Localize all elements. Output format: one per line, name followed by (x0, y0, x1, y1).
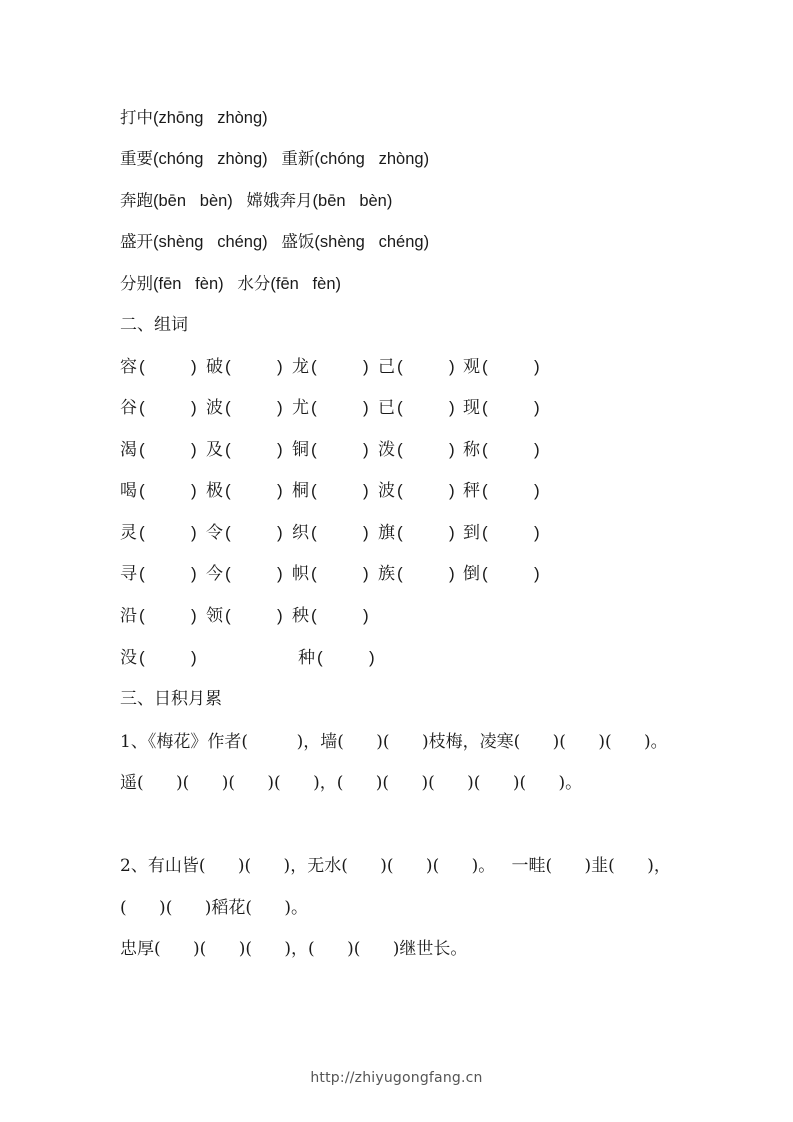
answer-blank-close[interactable]: ) (449, 564, 455, 584)
answer-blank-close[interactable]: ) (191, 357, 197, 377)
answer-blank-close[interactable]: ) (363, 440, 369, 460)
open-paren: ( (482, 481, 488, 501)
answer-blank-close[interactable]: ) (363, 481, 369, 501)
open-paren: ( (139, 440, 145, 460)
section-heading-word-formation: 二、组词 (120, 315, 188, 335)
character: 令 (206, 523, 223, 543)
pinyin-line-2: 重要(chóng zhòng) 重新(chóng zhòng) (120, 149, 429, 169)
character: 织 (292, 523, 309, 543)
open-paren: ( (225, 398, 231, 418)
answer-blank-close[interactable]: ) (191, 606, 197, 626)
open-paren: ( (225, 481, 231, 501)
character: 沿 (120, 606, 137, 626)
open-paren: ( (482, 523, 488, 543)
open-paren: ( (397, 440, 403, 460)
open-paren: ( (139, 357, 145, 377)
answer-blank-close[interactable]: ) (191, 648, 197, 668)
open-paren: ( (225, 523, 231, 543)
character: 波 (378, 481, 395, 501)
open-paren: ( (317, 648, 323, 668)
character: 观 (463, 357, 480, 377)
answer-blank-close[interactable]: ) (277, 357, 283, 377)
answer-blank-close[interactable]: ) (363, 606, 369, 626)
character: 旗 (378, 523, 395, 543)
answer-blank-close[interactable]: ) (449, 398, 455, 418)
answer-blank-close[interactable]: ) (277, 523, 283, 543)
question-1-line-1: 1、《梅花》作者( )，墙( )( )枝梅，凌寒( )( )( )。 (120, 732, 668, 752)
character: 今 (206, 564, 223, 584)
character: 秧 (292, 606, 309, 626)
character: 现 (463, 398, 480, 418)
character: 帜 (292, 564, 309, 584)
answer-blank-close[interactable]: ) (534, 523, 540, 543)
character: 族 (378, 564, 395, 584)
answer-blank-close[interactable]: ) (449, 357, 455, 377)
open-paren: ( (482, 357, 488, 377)
character: 谷 (120, 398, 137, 418)
answer-blank-close[interactable]: ) (369, 648, 375, 668)
character: 称 (463, 440, 480, 460)
answer-blank-close[interactable]: ) (277, 440, 283, 460)
character: 寻 (120, 564, 137, 584)
open-paren: ( (139, 564, 145, 584)
open-paren: ( (397, 398, 403, 418)
character: 渴 (120, 440, 137, 460)
character: 灵 (120, 523, 137, 543)
character: 波 (206, 398, 223, 418)
open-paren: ( (482, 440, 488, 460)
answer-blank-close[interactable]: ) (534, 357, 540, 377)
answer-blank-close[interactable]: ) (191, 564, 197, 584)
section-heading-daily-accumulation: 三、日积月累 (120, 689, 222, 709)
open-paren: ( (225, 606, 231, 626)
question-2-line-2: ( )( )稻花( )。 (120, 898, 308, 918)
character: 种 (298, 648, 315, 668)
open-paren: ( (139, 523, 145, 543)
pinyin-line-5: 分别(fēn fèn) 水分(fēn fèn) (120, 274, 341, 294)
answer-blank-close[interactable]: ) (191, 440, 197, 460)
character: 容 (120, 357, 137, 377)
open-paren: ( (482, 564, 488, 584)
answer-blank-close[interactable]: ) (363, 564, 369, 584)
answer-blank-close[interactable]: ) (363, 398, 369, 418)
open-paren: ( (225, 564, 231, 584)
character: 倒 (463, 564, 480, 584)
open-paren: ( (397, 564, 403, 584)
character: 领 (206, 606, 223, 626)
answer-blank-close[interactable]: ) (534, 564, 540, 584)
footer-url: http://zhiyugongfang.cn (0, 1070, 793, 1086)
answer-blank-close[interactable]: ) (191, 481, 197, 501)
open-paren: ( (397, 481, 403, 501)
character: 没 (120, 648, 137, 668)
character: 桐 (292, 481, 309, 501)
answer-blank-close[interactable]: ) (449, 523, 455, 543)
open-paren: ( (311, 440, 317, 460)
character: 已 (378, 398, 395, 418)
open-paren: ( (225, 357, 231, 377)
open-paren: ( (311, 606, 317, 626)
character: 极 (206, 481, 223, 501)
open-paren: ( (139, 481, 145, 501)
open-paren: ( (311, 523, 317, 543)
question-2-line-1: 2、有山皆( )( )，无水( )( )( )。 一畦( )韭( )， (120, 856, 671, 876)
open-paren: ( (311, 398, 317, 418)
open-paren: ( (311, 564, 317, 584)
answer-blank-close[interactable]: ) (191, 523, 197, 543)
open-paren: ( (311, 357, 317, 377)
answer-blank-close[interactable]: ) (277, 398, 283, 418)
answer-blank-close[interactable]: ) (534, 440, 540, 460)
character: 己 (378, 357, 395, 377)
open-paren: ( (139, 398, 145, 418)
open-paren: ( (482, 398, 488, 418)
question-2-line-3: 忠厚( )( )( )，( )( )继世长。 (120, 939, 467, 959)
character: 及 (206, 440, 223, 460)
pinyin-line-4: 盛开(shèng chéng) 盛饭(shèng chéng) (120, 232, 429, 252)
character: 龙 (292, 357, 309, 377)
character: 到 (463, 523, 480, 543)
pinyin-line-1: 打中(zhōng zhòng) (120, 108, 268, 128)
pinyin-line-3: 奔跑(bēn bèn) 嫦娥奔月(bēn bèn) (120, 191, 392, 211)
answer-blank-close[interactable]: ) (449, 481, 455, 501)
question-1-line-2: 遥( )( )( )( )，( )( )( )( )( )。 (120, 773, 582, 793)
answer-blank-close[interactable]: ) (534, 481, 540, 501)
open-paren: ( (311, 481, 317, 501)
answer-blank-close[interactable]: ) (363, 523, 369, 543)
character: 喝 (120, 481, 137, 501)
character: 秤 (463, 481, 480, 501)
character: 铜 (292, 440, 309, 460)
answer-blank-close[interactable]: ) (363, 357, 369, 377)
open-paren: ( (139, 648, 145, 668)
character: 尤 (292, 398, 309, 418)
open-paren: ( (397, 523, 403, 543)
answer-blank-close[interactable]: ) (277, 606, 283, 626)
answer-blank-close[interactable]: ) (534, 398, 540, 418)
answer-blank-close[interactable]: ) (191, 398, 197, 418)
answer-blank-close[interactable]: ) (277, 564, 283, 584)
answer-blank-close[interactable]: ) (449, 440, 455, 460)
open-paren: ( (225, 440, 231, 460)
character: 泼 (378, 440, 395, 460)
answer-blank-close[interactable]: ) (277, 481, 283, 501)
open-paren: ( (139, 606, 145, 626)
open-paren: ( (397, 357, 403, 377)
character: 破 (206, 357, 223, 377)
